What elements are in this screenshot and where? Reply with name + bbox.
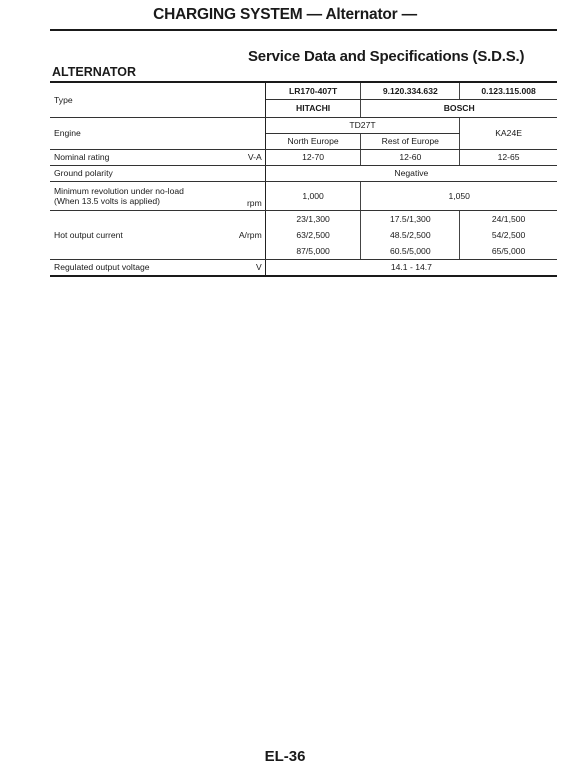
- hot-output-value: 63/2,500: [269, 227, 358, 243]
- table-row-hot-output: Hot output current A/rpm 23/1,300 63/2,5…: [50, 210, 557, 259]
- region-north-europe: North Europe: [265, 133, 361, 149]
- table-row-nominal: Nominal rating V-A 12-70 12-60 12-65: [50, 149, 557, 165]
- table-row-min-rev: Minimum revolution under no-load (When 1…: [50, 181, 557, 210]
- model-bosch-1: 9.120.334.632: [361, 82, 460, 99]
- hot-output-col-2: 17.5/1,300 48.5/2,500 60.5/5,000: [361, 210, 460, 259]
- alternator-spec-table: Type LR170-407T 9.120.334.632 0.123.115.…: [50, 81, 557, 277]
- type-label: Type: [50, 82, 236, 117]
- hot-output-value: 17.5/1,300: [364, 211, 456, 227]
- model-hitachi: LR170-407T: [265, 82, 361, 99]
- nominal-value: 12-65: [460, 149, 557, 165]
- hot-output-value: 60.5/5,000: [364, 243, 456, 259]
- section-title: ALTERNATOR: [52, 65, 136, 79]
- sds-title: Service Data and Specifications (S.D.S.): [248, 48, 524, 65]
- maker-bosch: BOSCH: [361, 99, 557, 117]
- ground-unit: [236, 165, 265, 181]
- regulated-label: Regulated output voltage: [50, 259, 236, 276]
- table-row-regulated: Regulated output voltage V 14.1 - 14.7: [50, 259, 557, 276]
- hot-output-value: 23/1,300: [269, 211, 358, 227]
- table-row-engine: Engine TD27T KA24E: [50, 117, 557, 133]
- engine-td27t: TD27T: [265, 117, 459, 133]
- nominal-value: 12-70: [265, 149, 361, 165]
- min-rev-label: Minimum revolution under no-load (When 1…: [50, 181, 236, 210]
- nominal-value: 12-60: [361, 149, 460, 165]
- table-row-ground: Ground polarity Negative: [50, 165, 557, 181]
- model-bosch-2: 0.123.115.008: [460, 82, 557, 99]
- min-rev-unit: rpm: [236, 181, 265, 210]
- min-rev-value-bosch: 1,050: [361, 181, 557, 210]
- ground-label: Ground polarity: [50, 165, 236, 181]
- min-rev-label-line2: (When 13.5 volts is applied): [54, 196, 233, 206]
- hot-output-col-1: 23/1,300 63/2,500 87/5,000: [265, 210, 361, 259]
- nominal-label: Nominal rating: [50, 149, 236, 165]
- ground-value: Negative: [265, 165, 557, 181]
- type-unit: [236, 82, 265, 117]
- page-number: EL-36: [0, 748, 570, 765]
- header-rule: [50, 29, 557, 31]
- regulated-unit: V: [236, 259, 265, 276]
- table-row-type-models: Type LR170-407T 9.120.334.632 0.123.115.…: [50, 82, 557, 99]
- hot-output-value: 65/5,000: [463, 243, 554, 259]
- min-rev-value-hitachi: 1,000: [265, 181, 361, 210]
- hot-output-value: 48.5/2,500: [364, 227, 456, 243]
- min-rev-label-line1: Minimum revolution under no-load: [54, 186, 233, 196]
- regulated-value: 14.1 - 14.7: [265, 259, 557, 276]
- hot-output-value: 54/2,500: [463, 227, 554, 243]
- region-rest-of-europe: Rest of Europe: [361, 133, 460, 149]
- page-header: CHARGING SYSTEM — Alternator —: [0, 6, 570, 24]
- hot-output-value: 24/1,500: [463, 211, 554, 227]
- maker-hitachi: HITACHI: [265, 99, 361, 117]
- hot-output-label: Hot output current: [50, 210, 236, 259]
- hot-output-unit: A/rpm: [236, 210, 265, 259]
- engine-unit: [236, 117, 265, 149]
- nominal-unit: V-A: [236, 149, 265, 165]
- engine-label: Engine: [50, 117, 236, 149]
- hot-output-col-3: 24/1,500 54/2,500 65/5,000: [460, 210, 557, 259]
- hot-output-value: 87/5,000: [269, 243, 358, 259]
- engine-ka24e: KA24E: [460, 117, 557, 149]
